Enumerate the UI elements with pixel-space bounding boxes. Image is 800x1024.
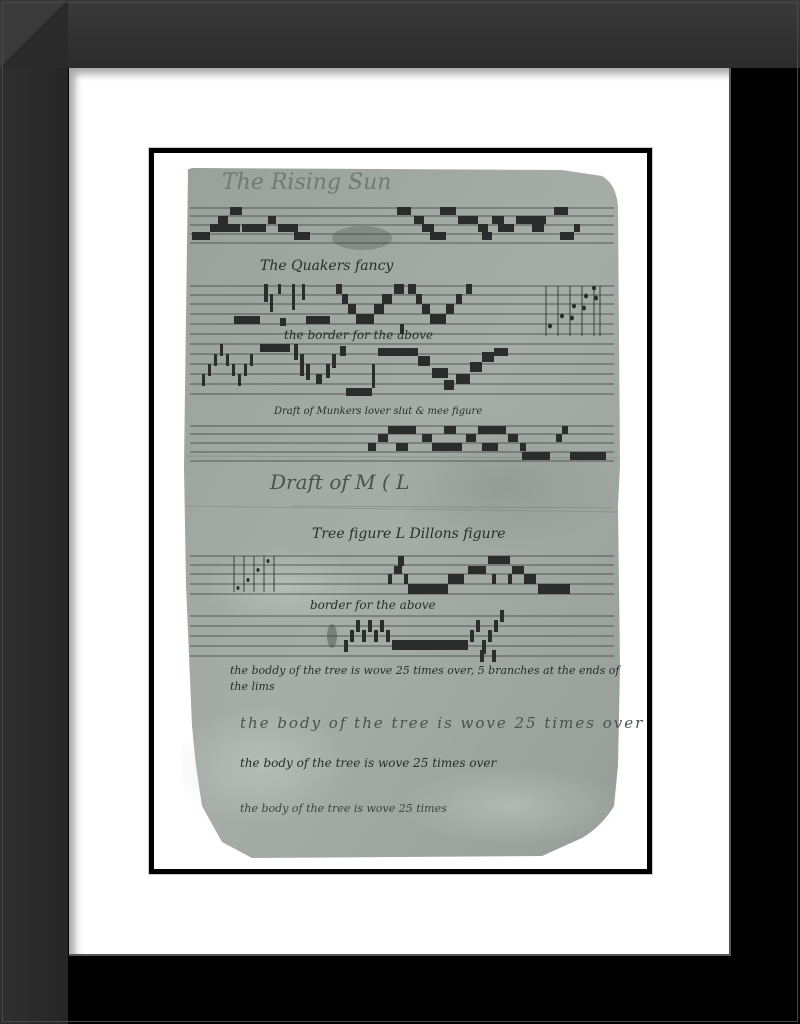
manuscript-page: The Rising Sun The Quakers fancy the bor… [182, 166, 622, 858]
note-line-2: the lims [230, 680, 275, 693]
note-line-5: the body of the tree is wove 25 times [240, 802, 447, 815]
note-line-1: the boddy of the tree is wove 25 times o… [230, 664, 619, 677]
heading-quakers-fancy: The Quakers fancy [260, 258, 393, 274]
heading-draft-of-m: Draft of M ( L [270, 470, 409, 494]
heading-tree-figure: Tree figure L Dillons figure [312, 526, 506, 542]
manuscript-drawing [182, 166, 622, 858]
heading-border-above-1: the border for the above [284, 328, 433, 342]
title-rising-sun: The Rising Sun [222, 170, 391, 195]
note-line-4: the body of the tree is wove 25 times ov… [240, 756, 496, 770]
note-line-3: the body of the tree is wove 25 times ov… [240, 714, 644, 732]
heading-border-above-2: border for the above [310, 598, 436, 612]
heading-munkers-draft: Draft of Munkers lover slut & mee figure [274, 406, 482, 417]
